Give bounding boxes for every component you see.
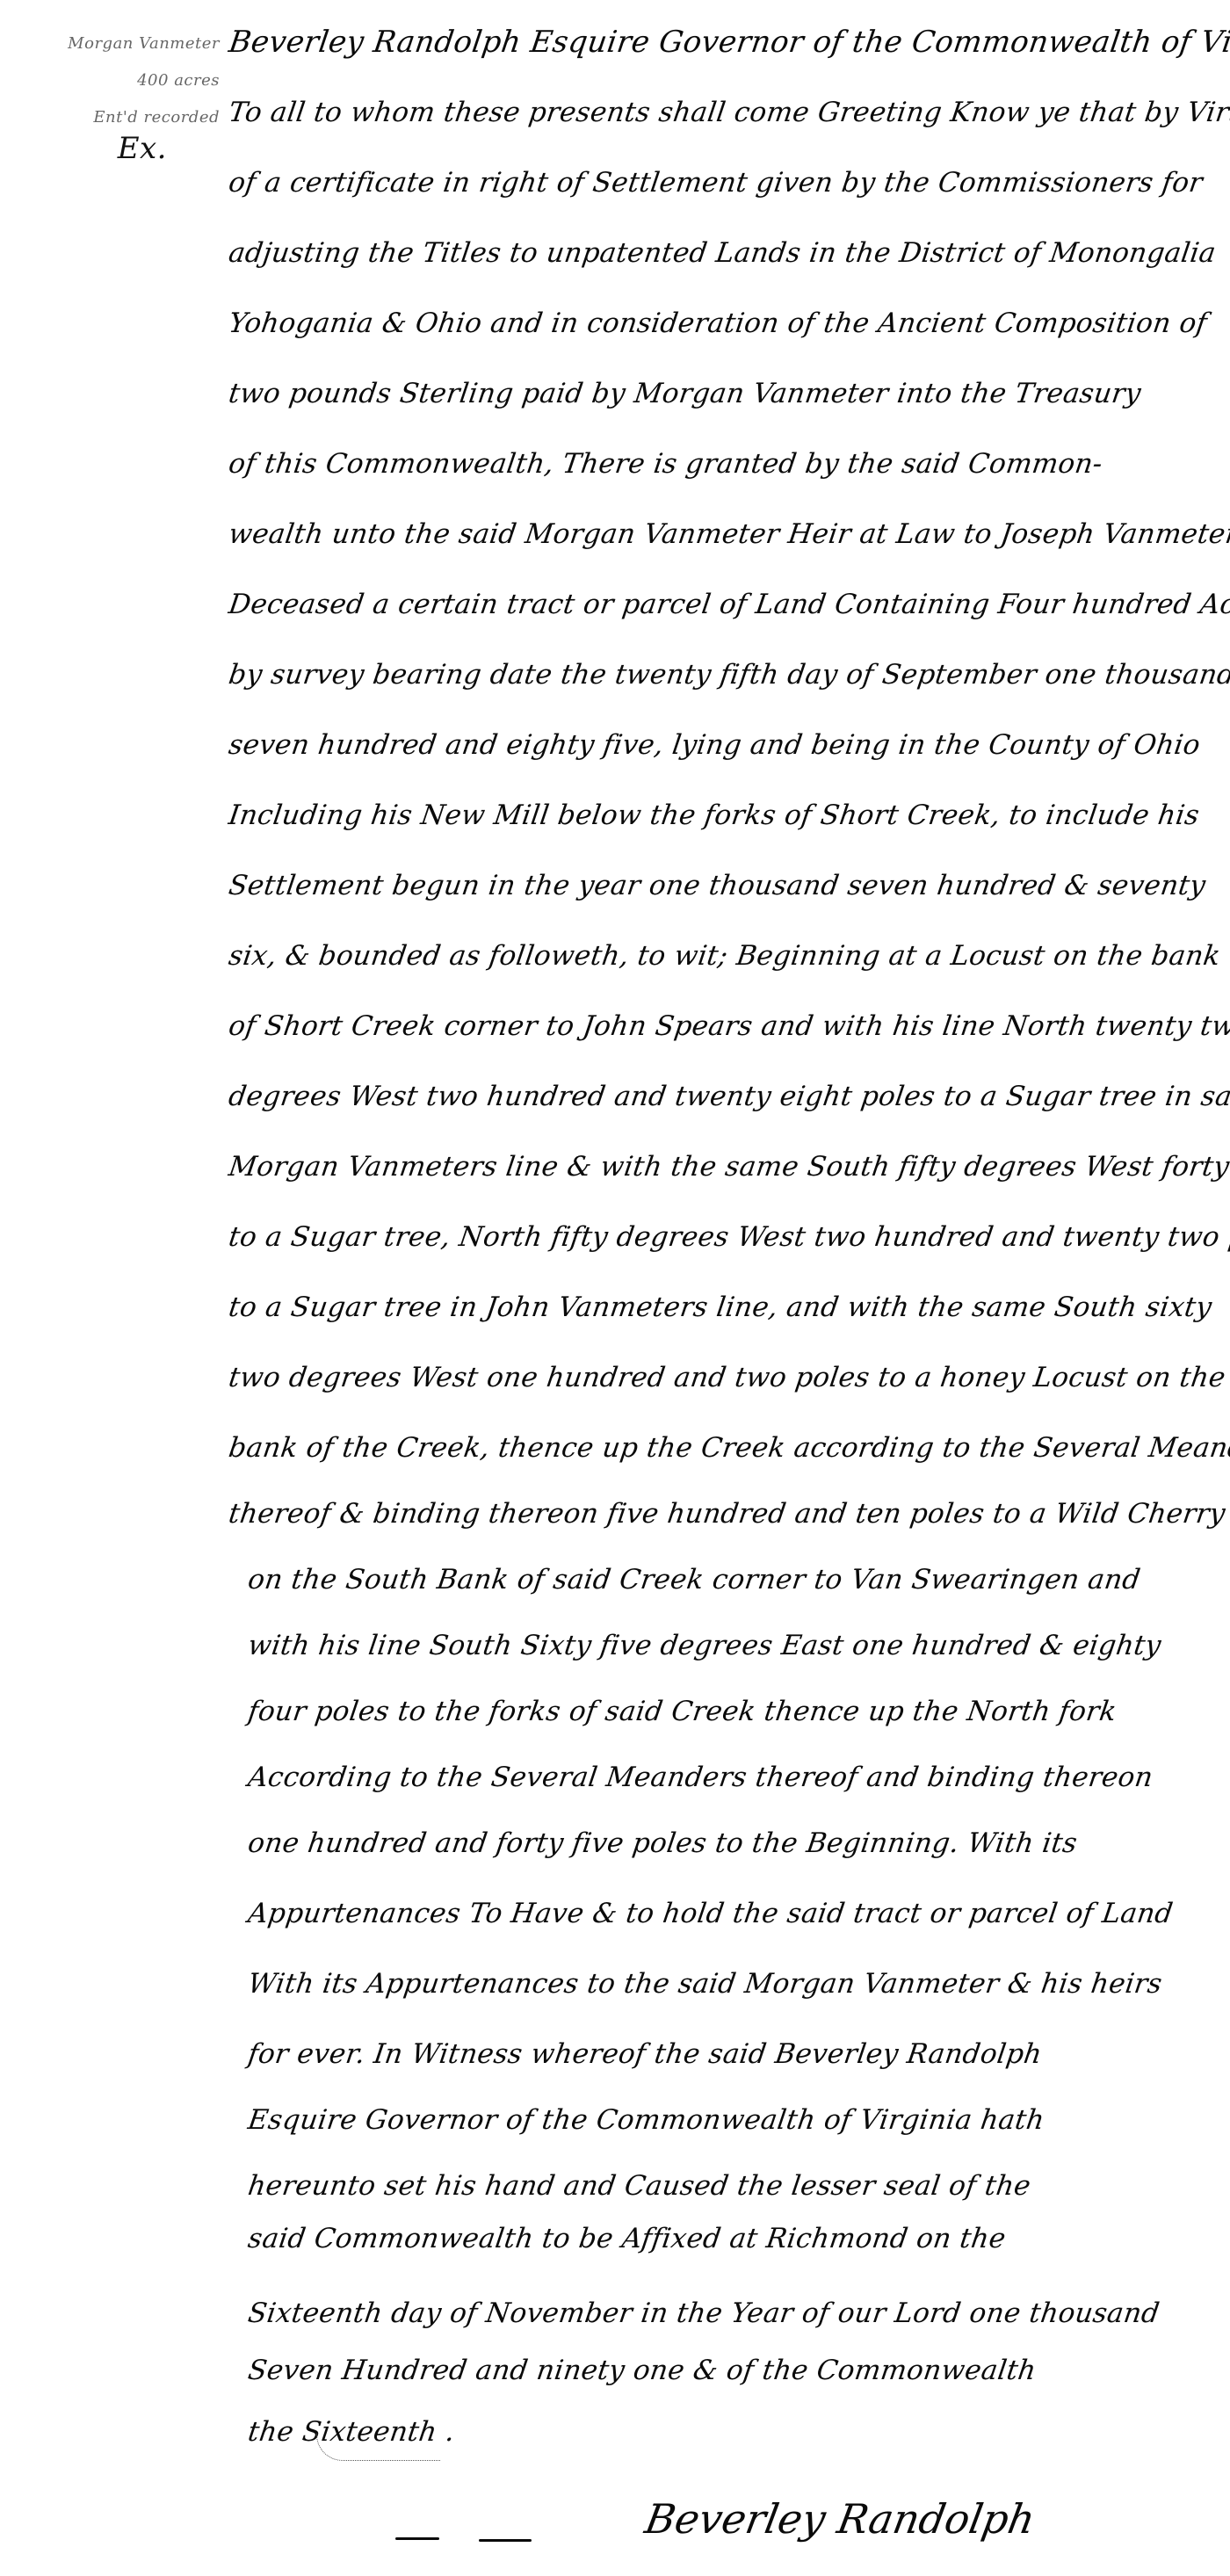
body-line: adjusting the Titles to unpatented Lands…: [227, 237, 1218, 269]
body-line: thereof & binding thereon five hundred a…: [227, 1498, 1230, 1530]
document-page: Morgan Vanmeter 400 acres Ent'd recorded…: [0, 0, 1230, 2576]
body-line: by survey bearing date the twenty fifth …: [227, 659, 1230, 691]
body-line: to a Sugar tree, North fifty degrees Wes…: [227, 1221, 1230, 1253]
margin-note: Morgan Vanmeter 400 acres Ent'd recorded…: [18, 35, 220, 185]
margin-note-examined: Ex.: [18, 133, 167, 165]
body-line: degrees West two hundred and twenty eigh…: [227, 1081, 1230, 1112]
body-line: of this Commonwealth, There is granted b…: [227, 448, 1104, 480]
body-line: Beverley Randolph Esquire Governor of th…: [227, 25, 1230, 60]
body-line: wealth unto the said Morgan Vanmeter Hei…: [227, 518, 1230, 550]
body-line: Deceased a certain tract or parcel of La…: [227, 589, 1230, 620]
body-line: Sixteenth day of November in the Year of…: [246, 2297, 1161, 2329]
body-line: six, & bounded as followeth, to wit; Beg…: [227, 940, 1222, 972]
body-line: seven hundred and eighty five, lying and…: [227, 729, 1202, 761]
body-line: bank of the Creek, thence up the Creek a…: [227, 1432, 1230, 1464]
body-line: Including his New Mill below the forks o…: [227, 800, 1201, 831]
body-line: Morgan Vanmeters line & with the same So…: [227, 1151, 1230, 1183]
body-line: on the South Bank of said Creek corner t…: [246, 1564, 1142, 1596]
body-line: one hundred and forty five poles to the …: [246, 1827, 1079, 1859]
body-line: Appurtenances To Have & to hold the said…: [246, 1898, 1175, 1929]
body-line: said Commonwealth to be Affixed at Richm…: [246, 2223, 1008, 2254]
margin-note-name: Morgan Vanmeter: [18, 35, 220, 53]
body-line: of a certificate in right of Settlement …: [227, 167, 1205, 199]
pen-flourish: [316, 2434, 440, 2461]
body-line: of Short Creek corner to John Spears and…: [227, 1010, 1230, 1042]
body-line: Settlement begun in the year one thousan…: [227, 870, 1207, 901]
body-line: With its Appurtenances to the said Morga…: [246, 1968, 1164, 2000]
body-line: Esquire Governor of the Commonwealth of …: [246, 2104, 1046, 2136]
body-line: four poles to the forks of said Creek th…: [246, 1696, 1118, 1727]
body-line: hereunto set his hand and Caused the les…: [246, 2170, 1033, 2202]
margin-note-acres: 400 acres: [18, 72, 220, 90]
signature-underline-right: [479, 2539, 532, 2542]
body-line: for ever. In Witness whereof the said Be…: [246, 2038, 1044, 2070]
body-line: with his line South Sixty five degrees E…: [246, 1630, 1163, 1661]
margin-note-recorded: Ent'd recorded: [18, 109, 220, 127]
body-line: Yohogania & Ohio and in consideration of…: [227, 308, 1209, 339]
body-line: According to the Several Meanders thereo…: [246, 1762, 1155, 1793]
body-line: Seven Hundred and ninety one & of the Co…: [246, 2355, 1038, 2386]
body-line: two degrees West one hundred and two pol…: [227, 1362, 1227, 1393]
signature-underline-left: [395, 2537, 439, 2540]
governor-signature: Beverley Randolph: [641, 2495, 1038, 2543]
body-line: two pounds Sterling paid by Morgan Vanme…: [227, 378, 1143, 409]
body-line: to a Sugar tree in John Vanmeters line, …: [227, 1292, 1214, 1323]
body-line: To all to whom these presents shall come…: [227, 97, 1230, 128]
